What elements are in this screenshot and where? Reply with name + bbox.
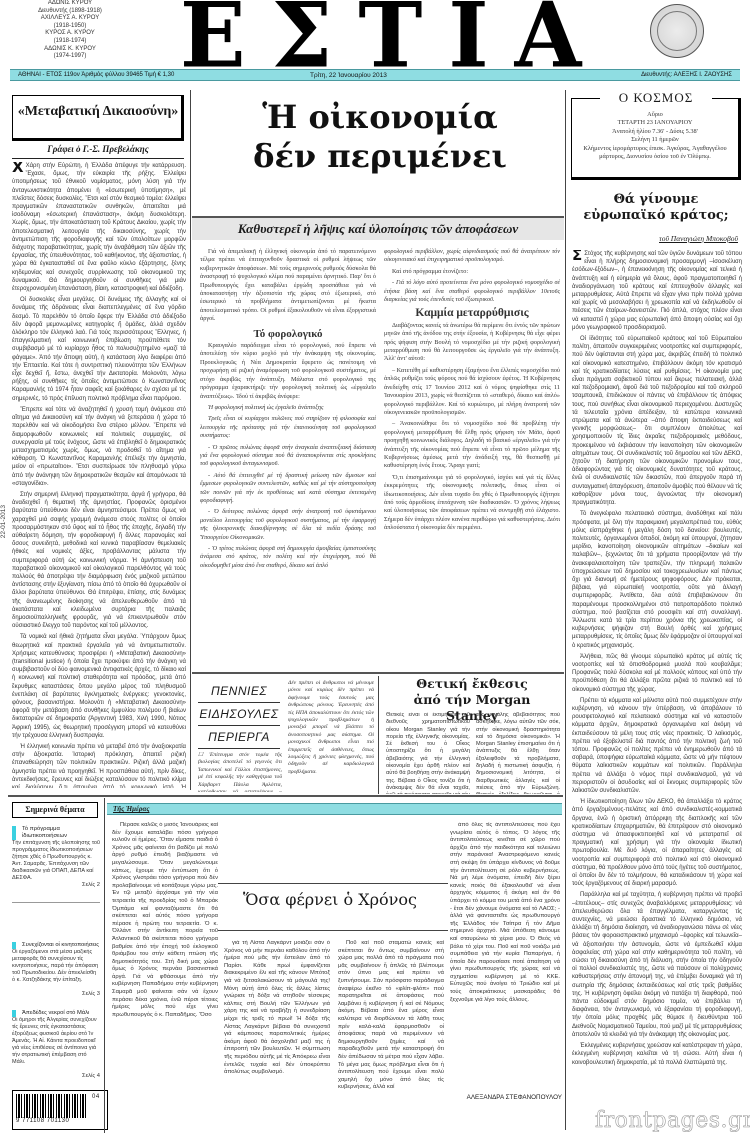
right-article-byline: τοῦ Παναγιώτη Μποκοβοῦ — [566, 234, 746, 243]
paragraph: Οἱ ἰδιότητες τοῦ εὐρωπαϊκοῦ κράτους καί … — [572, 335, 742, 507]
paragraph: Ἀλήθεια, πῶς θά γίνουμε εὐρωπαϊκό κράτος… — [572, 653, 742, 694]
founder-years: (1918-1974) — [10, 38, 130, 46]
main-article-col1: Γιά νά ἀπεμπλακῇ ἡ ἑλληνική οἰκονομία ἀπ… — [200, 248, 376, 678]
founder-name: ΚΥΡΟΣ Α. ΚΥΡΟΥ — [10, 30, 130, 38]
paragraph: – Κατετέθη μέ καθυστέρηση ἑξαμήνου ἕνα ἐ… — [384, 367, 560, 417]
imeras-col2: γιά τή Λίστα Λαγκάρντ μοιάζει σάν ὁ Χρόν… — [224, 940, 330, 1112]
side-date-stamp: 22-01-2013 — [0, 505, 9, 538]
paragraph: Ἔπρεπε καί τότε νά ἀναζητηθεῖ ἡ χρυσή το… — [12, 406, 186, 488]
paragraph: Ποῦ καί ποῦ σταματώ κανείς καί σκέπτεται… — [338, 940, 444, 1092]
barcode-bars-icon — [16, 1094, 88, 1118]
founder-name: ΑΔΩΝΙΣ ΚΥΡΟΥ — [10, 0, 130, 8]
kosmos-line: Ἀνατολή ἡλίου 7.36' - Δύσις 5.38' — [572, 128, 738, 136]
paragraph: τῆς μεγάλης ἀβεβαιότητος πού ἀσκήθηκε, λ… — [476, 712, 560, 794]
paragraph: Ἐκλεγμένες κυβερνήσεις χρεώσαν καί κατέσ… — [572, 1042, 742, 1067]
paragraph: - Γιά τό λόγο αὐτό προτείνεται ἕνα μόνο … — [384, 279, 560, 304]
dateline-bar: ΑΘΗΝΑΙ - ΕΤΟΣ 119ον Ἀριθμός φύλλου 39465… — [10, 69, 740, 81]
topic-page-ref: Σελίς 4 — [12, 1073, 100, 1079]
morgan-col1: Θετικές εἶναι οἱ ἐκτιμήσεις τοῦ διεθνοῦς… — [386, 712, 470, 794]
column-rule — [104, 798, 105, 1133]
kosmos-line: Σελήνη 11 ἡμερῶν — [572, 136, 738, 144]
paragraph: Τρεῖς εἶναι οἱ κυρίαρχοι πυλῶνες πού στη… — [200, 415, 376, 440]
divider — [12, 158, 184, 159]
barcode: 04 9 771108 701130 — [12, 1090, 108, 1130]
left-article-byline: Γράφει ὁ Γ.-Σ. Πρεβελάκης — [12, 144, 184, 154]
pennies-box-title: ΠΕΝΝΙΕΣ ΕΙΔΗΣΟΥΛΕΣ ΠΕΡΙΕΡΓΑ — [198, 680, 280, 749]
topic-title: Συνεχίζονται οἱ κινητοποιήσεις — [12, 942, 100, 949]
paragraph: Στήν σημερινή ἑλληνική πραγματικότητα, ἀ… — [12, 491, 186, 630]
tis-imeras-bar: Τῆς Ἡμέρας — [107, 803, 562, 815]
paragraph: Γιά νά ἀπεμπλακῇ ἡ ἑλληνική οἰκονομία ἀπ… — [200, 248, 376, 324]
kosmos-box: Αὔριο ΤΕΤΑΡΤΗ 23 ΙΑΝΟΥΑΡΙΟΥ Ἀνατολή ἡλίο… — [571, 98, 741, 180]
paragraph: Στόχος τῆς κυβέρνησης καί τῶν ὑγιῶν δυνά… — [572, 251, 742, 331]
todays-topic-1[interactable]: Τό πρόγραμμα ἰδιωτικοποιήσεων Τήν ἐπιτάχ… — [12, 826, 100, 888]
paragraph: ἀπό ὅλες τίς ἀντιπολιτεύσεις πού ἔχει γν… — [450, 822, 560, 1004]
topic-body: Τήν ἐπιτάχυνση τῆς ὑλοποίησης τοῦ προγρά… — [12, 840, 100, 882]
topic-body: Οἱ ὅμηροι τῆς Ἀλγερίας συνεχίζουν τίς ἔρ… — [12, 1017, 100, 1073]
kosmos-title: Ο ΚΟΣΜΟΣ — [600, 90, 712, 106]
paragraph: Ἡ ἰδιωτικοποίηση ὅλων τῶν ΔΕΚΟ, θά ἀπαλλ… — [572, 798, 742, 888]
issue-date: Τρίτη, 22 Ἰανουαρίου 2013 — [310, 70, 387, 81]
section-heading-metarrythmisis: Καμμία μεταρρύθμισις — [384, 309, 560, 317]
left-article-body: ΧΧάρη στήν Εὐρώπη, ἡ Ἑλλάδα ἀπέφυγε τήν … — [12, 162, 186, 788]
paragraph: φορολογικό περιβάλλον, χωρίς αἰφνιδιασμο… — [384, 248, 560, 265]
imeras-col4: ἀπό ὅλες τίς ἀντιπολιτεύσεις πού ἔχει γν… — [450, 822, 560, 1090]
checkbox-bullet-icon: ☐ — [198, 752, 209, 758]
imeras-col3: Ποῦ καί ποῦ σταματώ κανείς καί σκέπτεται… — [338, 940, 444, 1112]
paragraph: Κραυγαλέο παράδειγμα εἶναι τό φορολογικό… — [200, 342, 376, 401]
pennies-item-1: ☐ Ἐπίτευγμα στόν τομέα τῆς βιολογίας ἀπο… — [198, 752, 282, 792]
paragraph: Διαβάζοντας κανείς τά ἀνωτέρω θά περίμεν… — [384, 322, 560, 364]
main-subheadline[interactable]: Καθυστερεῖ ἡ λῆψις καί ὑλοποίησις τῶν ἀπ… — [192, 216, 564, 240]
founder-years: (1974-1997) — [10, 53, 130, 61]
founder-name: ΑΔΩΝΙΣ Κ. ΚΥΡΟΥ — [10, 46, 130, 54]
founder-years: (1918-1950) — [10, 23, 130, 31]
right-article-headline[interactable]: Θά γίνουμε εὐρωπαϊκό κράτος; — [566, 192, 746, 224]
paragraph: Παράλληλα καί μέ ταχύτητα, ἡ κυβέρνηση π… — [572, 891, 742, 1039]
todays-topics-title: Σημερινά θέματα — [12, 802, 98, 818]
founder-years: Διευθυντής (1898-1918) — [10, 8, 130, 16]
pennies-text: Δέν πρέπει οἱ ἄνθρωποι νά μένουμε μόνοι … — [288, 680, 374, 775]
paragraph: - Ὁ δεύτερος πυλώνας ἀφορᾶ στήν ἀνατροπή… — [200, 508, 376, 542]
founder-name: ΑΧΙΛΛΕΥΣ Α. ΚΥΡΟΥ — [10, 15, 130, 23]
headline-line: Θετική ἔκθεσις — [392, 676, 552, 692]
barcode-number: 9 771108 701130 — [16, 1118, 104, 1124]
pennies-title-line: ΕΙΔΗΣΟΥΛΕΣ — [198, 703, 280, 726]
paragraph: Ἡ ἑλληνική κοινωνία πρέπει νά μεταβεῖ ἀπ… — [12, 743, 186, 788]
issue-number: 04 — [92, 1094, 100, 1118]
paragraph: Χάρη στήν Εὐρώπη, ἡ Ἑλλάδα ἀπέφυγε τήν κ… — [12, 163, 186, 292]
headline-line: Ἡ οἰκονομία — [200, 98, 560, 137]
divider — [8, 795, 563, 797]
topic-page-ref: Σελίς 2 — [12, 882, 100, 888]
newspaper-logo[interactable]: ΕΣΤΙΑ — [180, 0, 570, 78]
main-headline[interactable]: Ἡ οἰκονομία δέν περιμένει — [200, 98, 560, 176]
paragraph: - Ὁ πρῶτος πυλώνας ἀφορᾶ στήν ἀναγκαία ἀ… — [200, 444, 376, 469]
headline-line: δέν περιμένει — [200, 137, 560, 176]
edition-info: ΑΘΗΝΑΙ - ΕΤΟΣ 119ον Ἀριθμός φύλλου 39465… — [18, 70, 174, 81]
topic-title: Τό πρόγραμμα ἰδιωτικοποιήσεων — [12, 826, 100, 840]
imeras-headline[interactable]: Ὅσα φέρνει ὁ Χρόνος — [215, 890, 445, 909]
topic-page-ref: Σελίς 3 — [12, 991, 100, 997]
main-article-col2: φορολογικό περιβάλλον, χωρίς αἰφνιδιασμο… — [384, 248, 560, 678]
paragraph: Ὅ,τι ἐπισημαίνουμε γιά τό φορολογικό, ἰσ… — [384, 474, 560, 533]
imeras-col1: Πέρασε καλῶς ὁ μισός Ἰανουάριος καί δέν … — [112, 822, 218, 1112]
editor-info: Διευθυντής: ΑΛΕΞΗΣ Ι. ΖΑΟΥΣΗΣ — [641, 70, 732, 81]
topic-body: Οἱ ἐργαζόμενοι στά μέσα μαζικής μεταφορᾶ… — [12, 949, 100, 991]
section-heading-forologiko: Τό φορολογικό — [200, 330, 376, 338]
headline-line: Θά γίνουμε — [566, 192, 746, 208]
kosmos-line: Αὔριο — [572, 111, 738, 119]
pennies-title-line: ΠΕΡΙΕΡΓΑ — [198, 726, 280, 749]
divider — [218, 883, 448, 884]
paragraph: Πρέπει τά κόμματα καί μάλιστα αὐτά πού σ… — [572, 697, 742, 795]
divider — [192, 672, 564, 674]
estia-seal-icon — [650, 4, 704, 58]
column-rule — [378, 676, 379, 794]
pennies-title-line: ΠΕΝΝΙΕΣ — [198, 680, 280, 703]
paragraph: Τό ἀνεγκέφαλο πελατειακό σύστημα, ἀναδύθ… — [572, 510, 742, 649]
left-article-title[interactable]: «Μεταβατική Δικαιοσύνη» — [12, 104, 184, 120]
paragraph: Οἱ δυσκολίες εἶναι μεγάλες. Οἱ δυνάμεις … — [12, 296, 186, 403]
right-article-body: ΣΣτόχος τῆς κυβέρνησης καί τῶν ὑγιῶν δυν… — [572, 250, 742, 1110]
imeras-author: ΑΛΕΞΑΝΔΡΑ ΣΤΕΦΑΝΟΠΟΥΛΟΥ — [450, 1094, 562, 1101]
todays-topic-3[interactable]: Ἀπεδέδες νεκροί στό Μάλι Οἱ ὅμηροι τῆς Ἀ… — [12, 1010, 100, 1079]
paragraph: - Ὁ τρίτος πυλώνας ἀφορᾶ στή δημιουργία … — [200, 545, 376, 570]
pennies-item-2: Δέν πρέπει οἱ ἄνθρωποι νά μένουμε μόνοι … — [288, 680, 374, 792]
morgan-col2: τῆς μεγάλης ἀβεβαιότητος πού ἀσκήθηκε, λ… — [476, 712, 560, 794]
founders-list: ΑΔΩΝΙΣ ΚΥΡΟΥ Διευθυντής (1898-1918) ΑΧΙΛ… — [10, 0, 130, 61]
paragraph: Θετικές εἶναι οἱ ἐκτιμήσεις τοῦ διεθνοῦς… — [386, 712, 470, 794]
paragraph: – Ἀνακοινώθηκε ὅτι τό νομοσχέδιο πού θά … — [384, 420, 560, 470]
kosmos-line: ΤΕΤΑΡΤΗ 23 ΙΑΝΟΥΑΡΙΟΥ — [572, 119, 738, 127]
paragraph: - Αὐτό θά ἐπιτευχθεῖ μέ τή δραστική μείω… — [200, 472, 376, 506]
section-label[interactable]: Τῆς Ἡμέρας — [113, 804, 149, 815]
watermark: frontpages.gr — [595, 1108, 750, 1133]
paragraph: Καί στό πρόγραμμα ἐτονίζετο: — [384, 268, 560, 276]
paragraph: Ἡ φορολογική πολιτική ὡς ἐργαλεῖο ἀνάπτυ… — [200, 404, 376, 412]
divider — [12, 902, 100, 903]
topic-title: Ἀπεδέδες νεκροί στό Μάλι — [12, 1010, 100, 1017]
headline-line: εὐρωπαϊκό κράτος; — [566, 208, 746, 224]
paragraph: γιά τή Λίστα Λαγκάρντ μοιάζει σάν ὁ Χρόν… — [224, 940, 330, 1077]
pennies-text: Ἐπίτευγμα στόν τομέα τῆς βιολογίας ἀποτε… — [198, 752, 282, 792]
paragraph: Πέρασε καλῶς ὁ μισός Ἰανουάριος καί δέν … — [112, 822, 218, 1019]
kosmos-line: Κλήμεντος ἱερομάρτυρος ἐπισκ. Ἀγκύρας, Ἀ… — [572, 145, 738, 162]
paragraph: Τά νομικά καί ἠθικά ζητήματα εἶναι μεγάλ… — [12, 633, 186, 740]
column-rule — [190, 90, 191, 790]
todays-topic-2[interactable]: Συνεχίζονται οἱ κινητοποιήσεις Οἱ ἐργαζό… — [12, 942, 100, 997]
column-rule — [565, 90, 566, 1130]
divider — [218, 930, 448, 931]
